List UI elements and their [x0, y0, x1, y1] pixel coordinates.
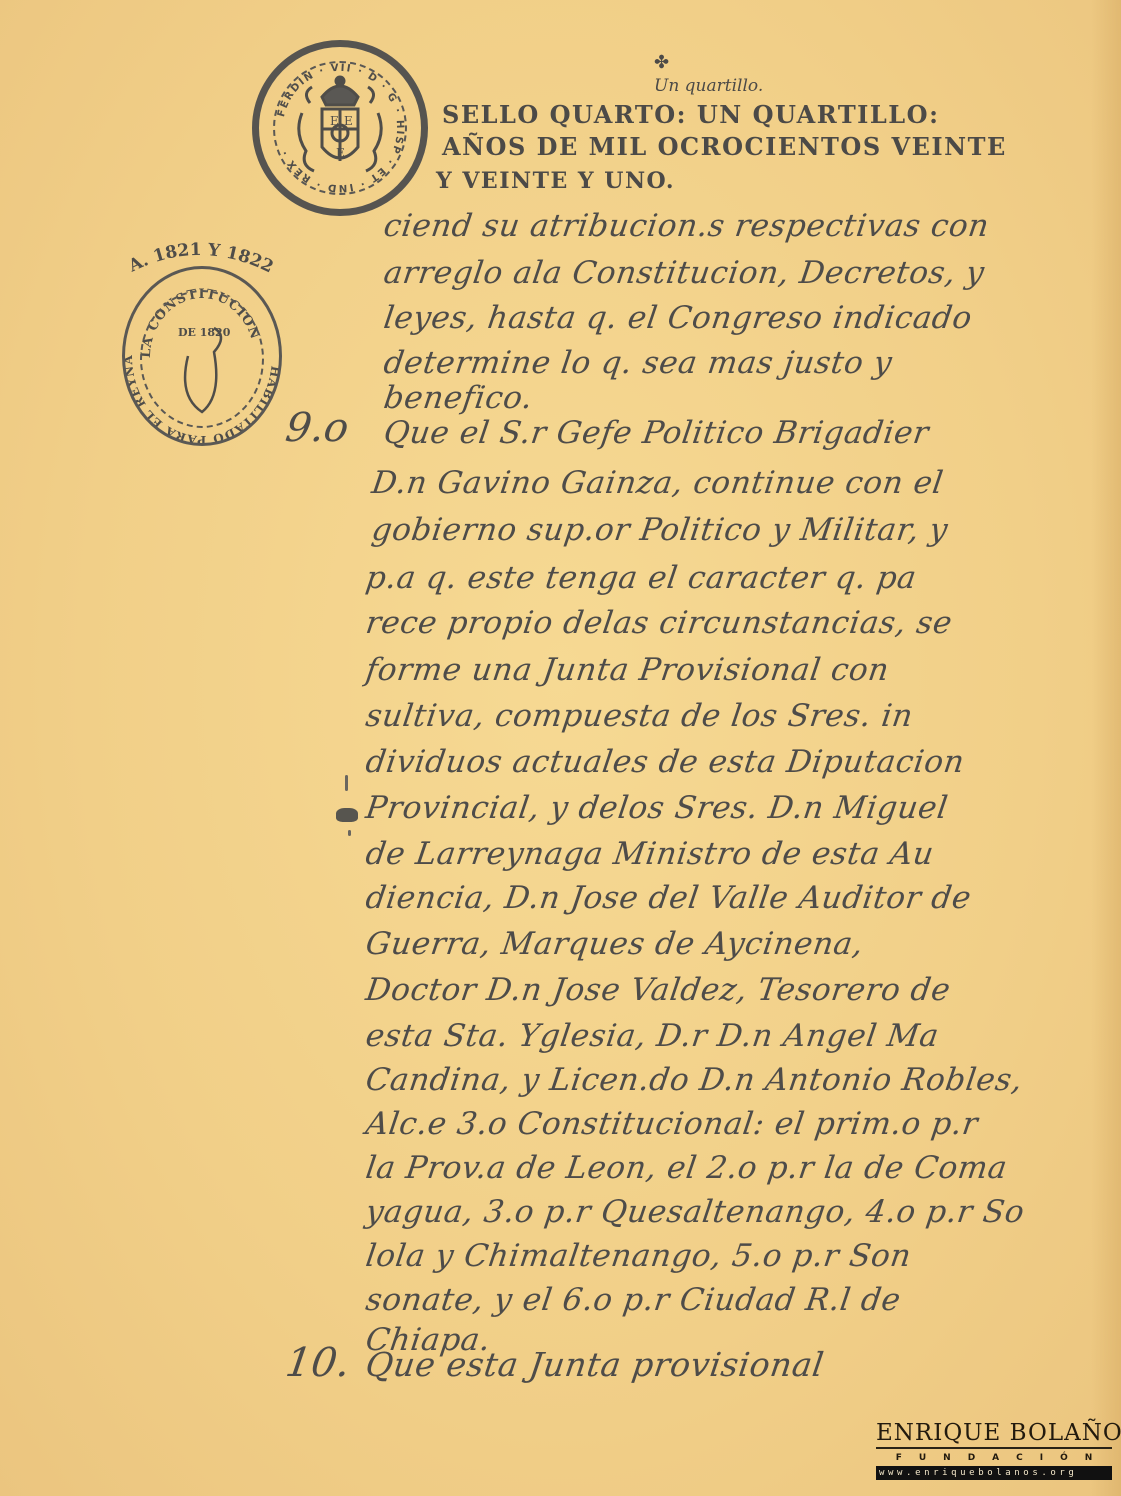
manuscript-line: Doctor D.n Jose Valdez, Tesorero de: [363, 972, 952, 1008]
manuscript-line: ciend su atribucion.s respectivas con: [381, 208, 991, 244]
manuscript-line: forme una Junta Provisional con: [363, 652, 891, 688]
manuscript-line: yagua, 3.o p.r Quesaltenango, 4.o p.r So: [363, 1194, 1026, 1230]
manuscript-line: sonate, y el 6.o p.r Ciudad R.l de: [363, 1282, 903, 1318]
logo-url: www.enriquebolanos.org: [876, 1466, 1112, 1480]
fundacion-enrique-bolanos-logo: ENRIQUE BOLAÑOS FUNDACIÓN www.enriquebol…: [876, 1420, 1112, 1480]
manuscript-line: determine lo q. sea mas justo y: [381, 345, 894, 381]
manuscript-line: rece propio delas circunstancias, se: [363, 605, 954, 641]
margin-ink-blot: [336, 808, 358, 822]
manuscript-line: leyes, hasta q. el Congreso indicado: [381, 300, 974, 336]
margin-tick-mark: [345, 775, 348, 791]
paragraph-number: 9.o: [283, 405, 352, 451]
manuscript-line: Que esta Junta provisional: [363, 1345, 826, 1384]
manuscript-line: de Larreynaga Ministro de esta Au: [363, 836, 936, 872]
manuscript-line: diencia, D.n Jose del Valle Auditor de: [363, 880, 973, 916]
manuscript-line: benefico.: [381, 380, 535, 416]
logo-subtitle: FUNDACIÓN: [876, 1452, 1121, 1464]
manuscript-line: arreglo ala Constitucion, Decretos, y: [381, 255, 986, 291]
manuscript-line: esta Sta. Yglesia, D.r D.n Angel Ma: [363, 1018, 941, 1054]
margin-tick-mark: [348, 830, 351, 836]
paragraph-number: 10.: [283, 1340, 353, 1386]
manuscript-line: D.n Gavino Gainza, continue con el: [369, 465, 945, 501]
manuscript-line: la Prov.a de Leon, el 2.o p.r la de Coma: [363, 1150, 1009, 1186]
manuscript-line: Alc.e 3.o Constitucional: el prim.o p.r: [363, 1106, 980, 1142]
manuscript-line: Provincial, y delos Sres. D.n Miguel: [363, 790, 950, 826]
manuscript-line: Que el S.r Gefe Politico Brigadier: [381, 415, 931, 451]
manuscript-line: Guerra, Marques de Aycinena,: [363, 926, 865, 962]
manuscript-line: p.a q. este tenga el caracter q. pa: [363, 560, 918, 596]
logo-name: ENRIQUE BOLAÑOS: [876, 1420, 1112, 1449]
manuscript-line: sultiva, compuesta de los Sres. in: [363, 698, 915, 734]
manuscript-line: Candina, y Licen.do D.n Antonio Robles,: [363, 1062, 1024, 1098]
manuscript-line: lola y Chimaltenango, 5.o p.r Son: [363, 1238, 913, 1274]
manuscript-line: gobierno sup.or Politico y Militar, y: [369, 512, 950, 548]
manuscript-line: dividuos actuales de esta Diputacion: [363, 744, 966, 780]
manuscript-body: ciend su atribucion.s respectivas con ar…: [0, 0, 1121, 1496]
